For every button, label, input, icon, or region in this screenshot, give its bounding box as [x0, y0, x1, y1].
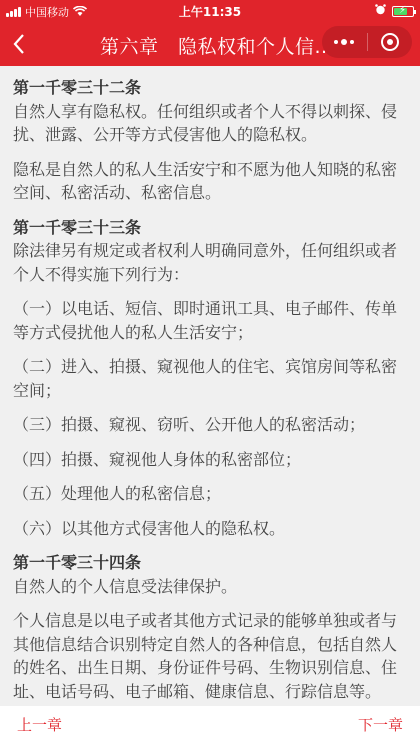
article-1034: 第一千零三十四条 自然人的个人信息受法律保护。 个人信息是以电子或者其他方式记录…: [13, 551, 407, 703]
battery-charging-icon: ⚡: [392, 6, 414, 17]
list-item: （四）拍摄、窥视他人身体的私密部位；: [13, 448, 407, 472]
chapter-nav-footer: 上一章 下一章: [0, 706, 420, 747]
paragraph: 个人信息是以电子或者其他方式记录的能够单独或者与其他信息结合识别特定自然人的各种…: [13, 609, 407, 703]
close-button[interactable]: [368, 33, 413, 51]
article-1032: 第一千零三十二条 自然人享有隐私权。任何组织或者个人不得以刺探、侵扰、泄露、公开…: [13, 76, 407, 205]
paragraph: 隐私是自然人的私人生活安宁和不愿为他人知晓的私密空间、私密活动、私密信息。: [13, 158, 407, 205]
page-title: 第六章 隐私权和个人信...: [100, 32, 334, 59]
article-title: 第一千零三十三条: [13, 216, 407, 240]
article-content[interactable]: 第一千零三十二条 自然人享有隐私权。任何组织或者个人不得以刺探、侵扰、泄露、公开…: [0, 66, 420, 706]
paragraph: 自然人享有隐私权。任何组织或者个人不得以刺探、侵扰、泄露、公开等方式侵害他人的隐…: [13, 100, 407, 147]
paragraph: 除法律另有规定或者权利人明确同意外，任何组织或者个人不得实施下列行为：: [13, 239, 407, 286]
article-1033: 第一千零三十三条 除法律另有规定或者权利人明确同意外，任何组织或者个人不得实施下…: [13, 216, 407, 541]
list-item: （六）以其他方式侵害他人的隐私权。: [13, 517, 407, 541]
list-item: （二）进入、拍摄、窥视他人的住宅、宾馆房间等私密空间；: [13, 355, 407, 402]
status-bar: 中国移动 上午11:35 ⚡: [0, 0, 420, 22]
nav-bar: 第六章 隐私权和个人信...: [0, 22, 420, 66]
next-chapter-link[interactable]: 下一章: [358, 714, 403, 735]
article-title: 第一千零三十二条: [13, 76, 407, 100]
alarm-icon: [375, 4, 386, 18]
target-circle-icon: [381, 33, 399, 51]
header: 中国移动 上午11:35 ⚡ 第六章 隐私权和个人信...: [0, 0, 420, 66]
list-item: （五）处理他人的私密信息；: [13, 482, 407, 506]
more-button[interactable]: [322, 39, 367, 45]
chevron-left-icon: [12, 32, 26, 56]
prev-chapter-link[interactable]: 上一章: [17, 714, 62, 735]
status-time: 上午11:35: [0, 3, 420, 20]
article-title: 第一千零三十四条: [13, 551, 407, 575]
list-item: （三）拍摄、窥视、窃听、公开他人的私密活动；: [13, 413, 407, 437]
ellipsis-icon: [334, 40, 338, 44]
list-item: （一）以电话、短信、即时通讯工具、电子邮件、传单等方式侵扰他人的私人生活安宁；: [13, 297, 407, 344]
back-button[interactable]: [12, 28, 26, 63]
paragraph: 自然人的个人信息受法律保护。: [13, 575, 407, 599]
mini-program-capsule: [322, 26, 412, 58]
